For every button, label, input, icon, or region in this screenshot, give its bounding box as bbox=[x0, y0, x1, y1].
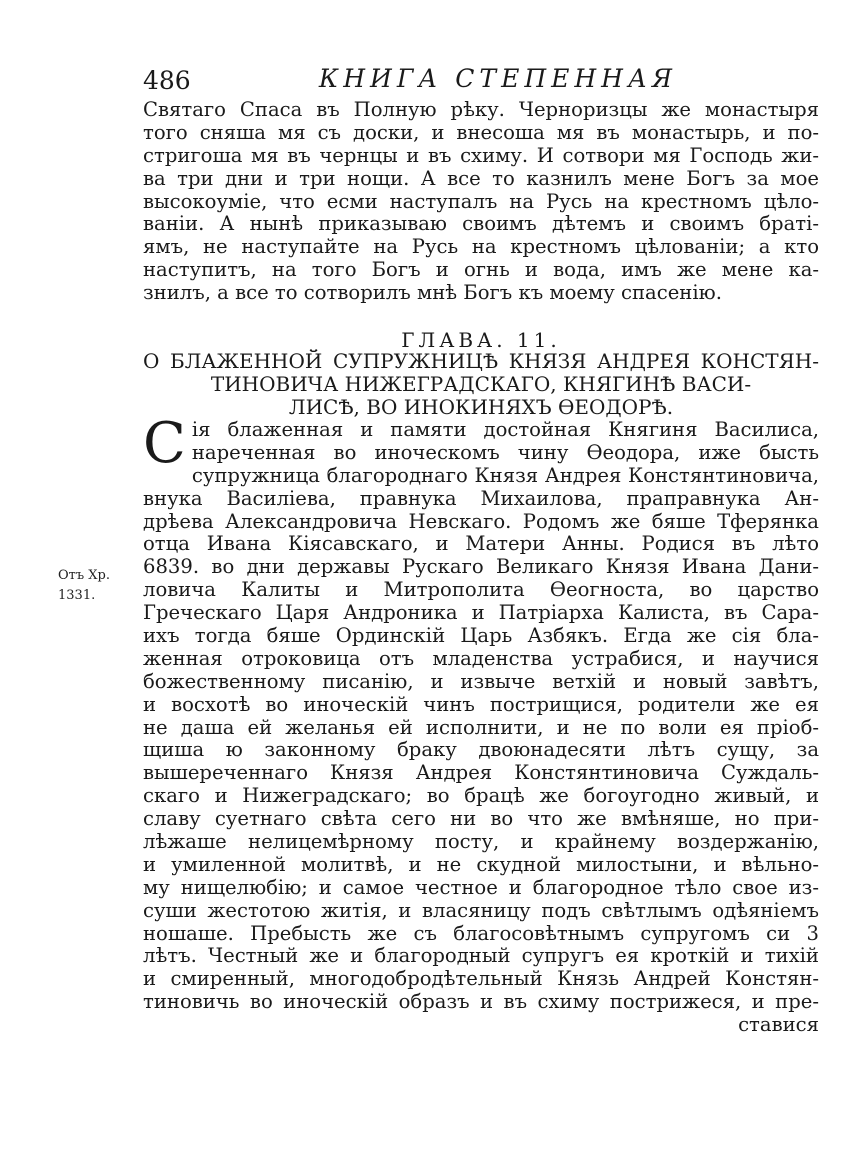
text-block-preceding-chapter: Святаго Спаса въ Полную рѣку. Черноризцы… bbox=[143, 99, 819, 305]
running-head: 486 КНИГА СТЕПЕННАЯ bbox=[143, 62, 823, 102]
text-line: и восхотѣ во иноческій чинъ пострищися, … bbox=[143, 694, 819, 717]
chapter-title-line: О БЛАЖЕННОЙ СУПРУЖНИЦѢ КНЯЗЯ АНДРЕЯ КОНС… bbox=[143, 350, 819, 373]
chapter-title: О БЛАЖЕННОЙ СУПРУЖНИЦѢ КНЯЗЯ АНДРЕЯ КОНС… bbox=[143, 350, 819, 418]
chapter-body-text: С ія блаженная и памяти достойная Княгин… bbox=[143, 419, 819, 1037]
text-line: славу суетнаго свѣта сего ни во что же в… bbox=[143, 808, 819, 831]
text-line: ваніи. А нынѣ приказываю своимъ дѣтемъ и… bbox=[143, 213, 819, 236]
text-line: женная отроковица отъ младенства устраби… bbox=[143, 648, 819, 671]
text-line: и умиленной молитвѣ, и не скудной милост… bbox=[143, 854, 819, 877]
book-title: КНИГА СТЕПЕННАЯ bbox=[143, 64, 823, 93]
text-line: 6839. во дни державы Рускаго Великаго Кн… bbox=[143, 556, 819, 579]
text-line: высокоуміе, что есми наступалъ на Русь н… bbox=[143, 191, 819, 214]
text-line: ва три дни и три нощи. А все то казнилъ … bbox=[143, 168, 819, 191]
text-line: наступитъ, на того Богъ и огнь и вода, и… bbox=[143, 259, 819, 282]
text-line: лѣжаше нелицемѣрному посту, и крайнему в… bbox=[143, 831, 819, 854]
margin-note-date: Отъ Хр. 1331. bbox=[58, 566, 110, 606]
text-line: ія блаженная и памяти достойная Княгиня … bbox=[143, 419, 819, 442]
text-line: му нищелюбію; и самое честное и благород… bbox=[143, 877, 819, 900]
text-line: Греческаго Царя Андроника и Патріарха Ка… bbox=[143, 602, 819, 625]
text-line: супружница благороднаго Князя Андрея Кон… bbox=[143, 465, 819, 488]
text-line: ямъ, не наступайте на Русь на крестномъ … bbox=[143, 236, 819, 259]
margin-note-line: 1331. bbox=[58, 586, 110, 606]
text-line: лѣтъ. Честный же и благородный супругъ е… bbox=[143, 945, 819, 968]
text-line: Святаго Спаса въ Полную рѣку. Черноризцы… bbox=[143, 99, 819, 122]
text-line: суши жестотою житія, и власяницу подъ св… bbox=[143, 900, 819, 923]
text-line: внука Василіева, правнука Михаилова, пра… bbox=[143, 488, 819, 511]
drop-cap: С bbox=[143, 419, 186, 467]
text-line: щиша ю законному браку двоюнадесяти лѣтъ… bbox=[143, 739, 819, 762]
chapter-title-line: ТИНОВИЧА НИЖЕГРАДСКАГО, КНЯГИНѢ ВАСИ- bbox=[143, 373, 819, 396]
text-line: того сняша мя съ доски, и внесоша мя въ … bbox=[143, 122, 819, 145]
chapter-title-line: ЛИСѢ, ВО ИНОКИНЯХЪ ѲЕОДОРѢ. bbox=[143, 396, 819, 419]
text-line: тиновичь во иноческій образъ и въ схиму … bbox=[143, 991, 819, 1014]
text-line: и смиренный, многодобродѣтельный Князь А… bbox=[143, 968, 819, 991]
text-line: ловича Калиты и Митрополита Ѳеогноста, в… bbox=[143, 579, 819, 602]
text-line: вышереченнаго Князя Андрея Констянтинови… bbox=[143, 762, 819, 785]
text-line: божественному писанію, и извыче ветхій и… bbox=[143, 671, 819, 694]
text-line: знилъ, а все то сотворилъ мнѣ Богъ къ мо… bbox=[143, 282, 819, 305]
margin-note-line: Отъ Хр. bbox=[58, 566, 110, 586]
text-line: отца Ивана Кіясавскаго, и Матери Анны. Р… bbox=[143, 533, 819, 556]
catchword: ставися bbox=[143, 1014, 819, 1037]
text-line: дрѣева Александровича Невскаго. Родомъ ж… bbox=[143, 511, 819, 534]
text-line: стригоша мя въ чернцы и въ схиму. И сотв… bbox=[143, 145, 819, 168]
text-line: ихъ тогда бяше Ординскій Царь Азбякъ. Ег… bbox=[143, 625, 819, 648]
text-line: нареченная во иноческомъ чину Ѳеодора, и… bbox=[143, 442, 819, 465]
text-line: скаго и Нижеградскаго; во брацѣ же богоу… bbox=[143, 785, 819, 808]
text-line: ношаше. Пребысть же съ благосовѣтнымъ су… bbox=[143, 923, 819, 946]
book-page: 486 КНИГА СТЕПЕННАЯ Святаго Спаса въ Пол… bbox=[0, 0, 854, 1150]
text-line: не даша ей желанья ей исполнити, и не по… bbox=[143, 717, 819, 740]
